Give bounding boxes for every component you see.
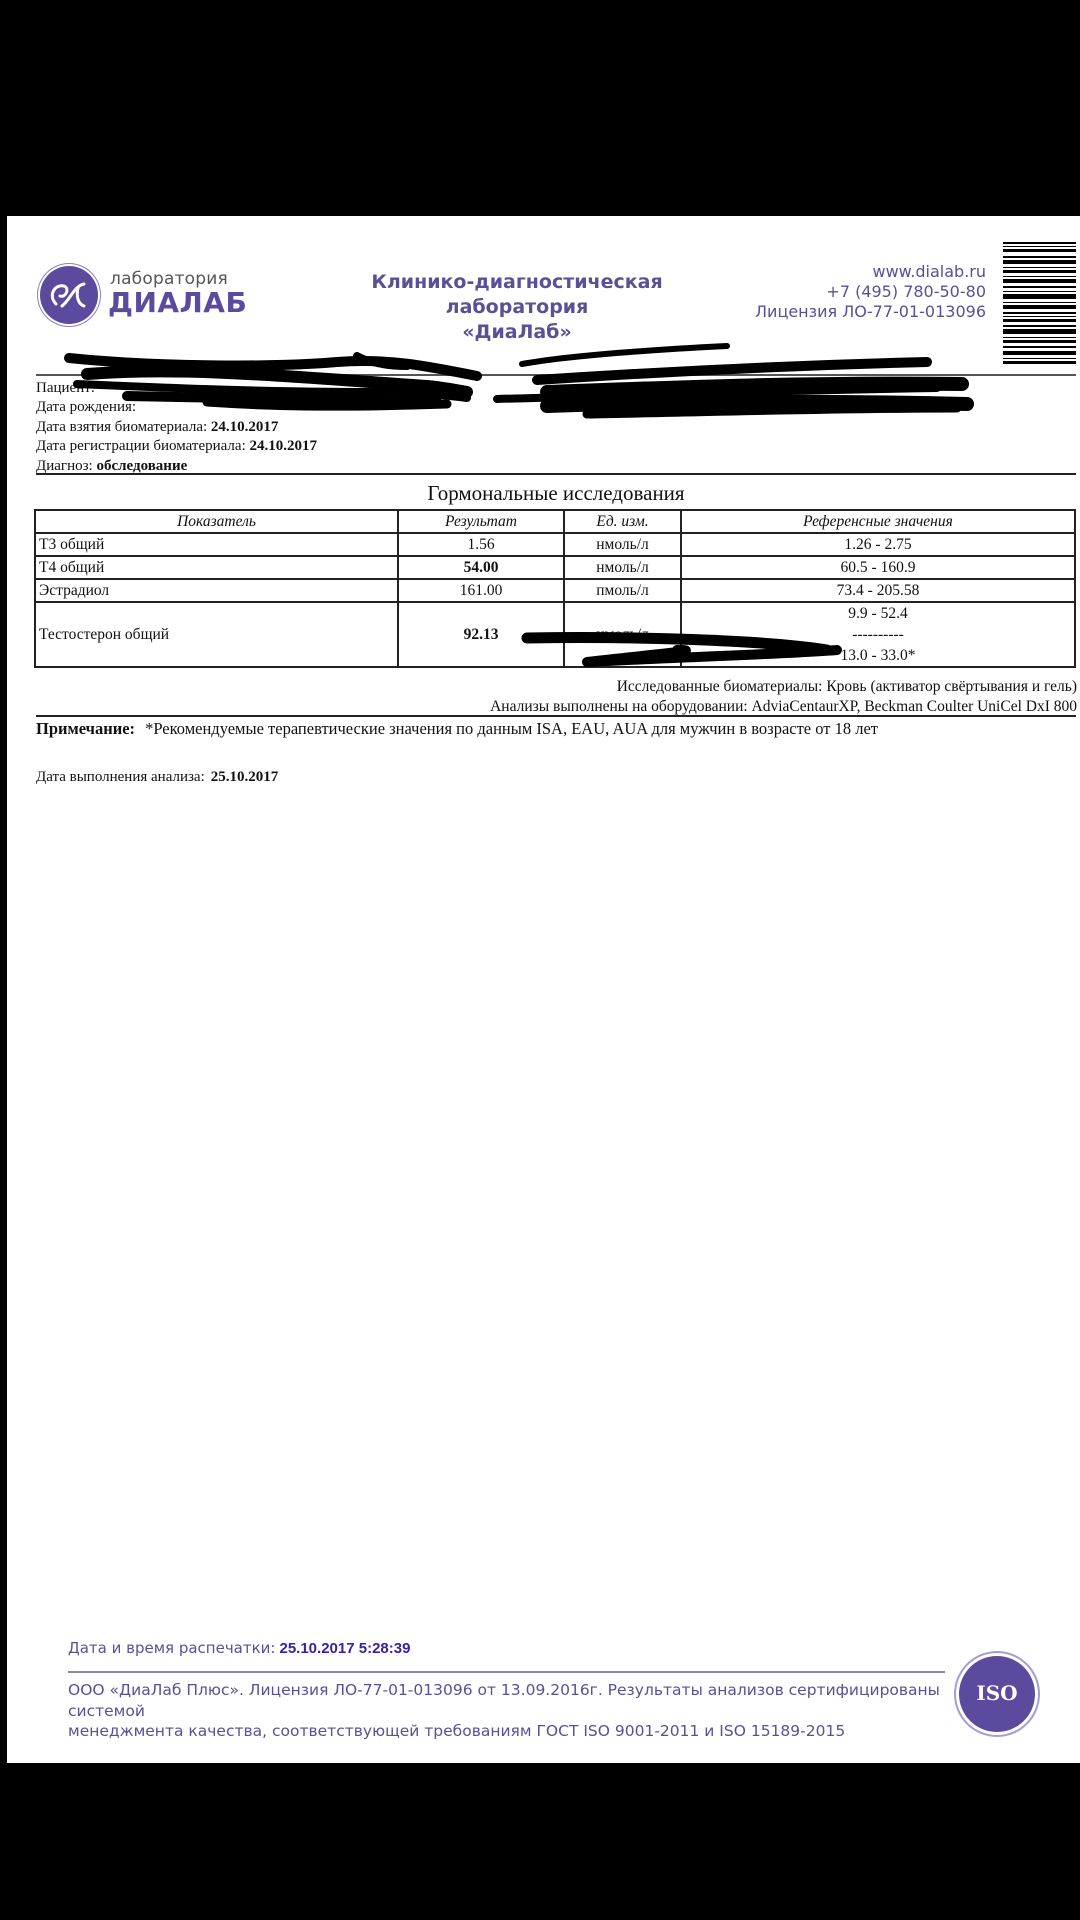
col-header-unit: Ед. изм. [564,510,681,533]
biomaterial-info: Исследованные биоматериалы: Кровь (актив… [490,677,1077,716]
patient-name-row: Пациент: [36,379,317,398]
col-header-indicator: Показатель [35,510,398,533]
registration-date-row: Дата регистрации биоматериала: 24.10.201… [36,437,317,456]
indicator-name: Тестостерон общий [35,602,398,667]
lab-report-page: лаборатория ДИАЛАБ Клинико-диагностическ… [7,216,1080,1763]
lab-title-line2: «ДиаЛаб» [297,320,737,345]
lab-title: Клинико-диагностическая лаборатория «Диа… [297,270,737,345]
equipment-text: Анализы выполнены на оборудовании: Advia… [490,697,1077,717]
info-divider [36,473,1076,475]
table-header-row: Показатель Результат Ед. изм. Референсны… [35,510,1075,533]
reference-range: 9.9 - 52.4 ---------- 13.0 - 33.0* [681,602,1075,667]
results-table: Показатель Результат Ед. изм. Референсны… [34,509,1076,668]
collection-date-row: Дата взятия биоматериала: 24.10.2017 [36,418,317,437]
website-link[interactable]: www.dialab.ru [755,262,986,282]
print-datetime-value: 25.10.2017 5:28:39 [279,1640,410,1657]
iso-badge-icon: ISO [959,1656,1035,1732]
diagnosis-value: обследование [96,458,187,474]
iso-badge-label: ISO [959,1681,1035,1705]
note-text: *Рекомендуемые терапевтические значения … [145,719,878,738]
result-value: 1.56 [398,533,564,556]
col-header-result: Результат [398,510,564,533]
note: Примечание:*Рекомендуемые терапевтически… [36,719,878,739]
reference-separator: ---------- [685,624,1071,645]
phone-number: +7 (495) 780-50-80 [755,282,986,302]
footer-line1: ООО «ДиаЛаб Плюс». Лицензия ЛО-77-01-013… [68,1680,948,1721]
analysis-date-label: Дата выполнения анализа: [36,769,205,785]
registration-date-value: 24.10.2017 [250,438,318,454]
analysis-date-value: 25.10.2017 [211,769,279,785]
analysis-date: Дата выполнения анализа:25.10.2017 [36,769,278,786]
patient-info: Пациент: Дата рождения: Дата взятия биом… [36,379,317,476]
lab-title-line1: Клинико-диагностическая лаборатория [297,270,737,320]
reference-range: 60.5 - 160.9 [681,556,1075,579]
indicator-name: Т4 общий [35,556,398,579]
table-row: Т4 общий 54.00 нмоль/л 60.5 - 160.9 [35,556,1075,579]
footer-divider [68,1671,945,1673]
col-header-reference: Референсные значения [681,510,1075,533]
footer-text: ООО «ДиаЛаб Плюс». Лицензия ЛО-77-01-013… [68,1680,948,1742]
reference-line: 13.0 - 33.0* [685,645,1071,666]
table-row: Тестостерон общий 92.13 нмоль/л 9.9 - 52… [35,602,1075,667]
unit: нмоль/л [564,602,681,667]
birth-date-row: Дата рождения: [36,398,317,417]
section-title: Гормональные исследования [36,481,1076,506]
logo-title: ДИАЛАБ [108,286,247,319]
contacts-block: www.dialab.ru +7 (495) 780-50-80 Лицензи… [755,262,986,322]
biomaterials-text: Исследованные биоматериалы: Кровь (актив… [490,677,1077,697]
result-value: 54.00 [398,556,564,579]
indicator-name: Т3 общий [35,533,398,556]
note-label: Примечание: [36,719,135,738]
result-value: 92.13 [398,602,564,667]
unit: нмоль/л [564,556,681,579]
table-row: Т3 общий 1.56 нмоль/л 1.26 - 2.75 [35,533,1075,556]
license-number: Лицензия ЛО-77-01-013096 [755,302,986,322]
print-datetime: Дата и время распечатки:25.10.2017 5:28:… [68,1639,410,1657]
reference-line: 9.9 - 52.4 [685,603,1071,624]
dialab-logo-icon [40,266,98,324]
unit: нмоль/л [564,533,681,556]
table-row: Эстрадиол 161.00 пмоль/л 73.4 - 205.58 [35,579,1075,602]
reference-range: 73.4 - 205.58 [681,579,1075,602]
reference-range: 1.26 - 2.75 [681,533,1075,556]
note-divider [36,715,1076,717]
header-divider [36,374,1076,376]
result-value: 161.00 [398,579,564,602]
indicator-name: Эстрадиол [35,579,398,602]
footer-line2: менеджмента качества, соответствующей тр… [68,1721,948,1742]
barcode-icon [1003,242,1076,365]
collection-date-value: 24.10.2017 [211,419,279,435]
unit: пмоль/л [564,579,681,602]
print-datetime-label: Дата и время распечатки: [68,1639,275,1657]
